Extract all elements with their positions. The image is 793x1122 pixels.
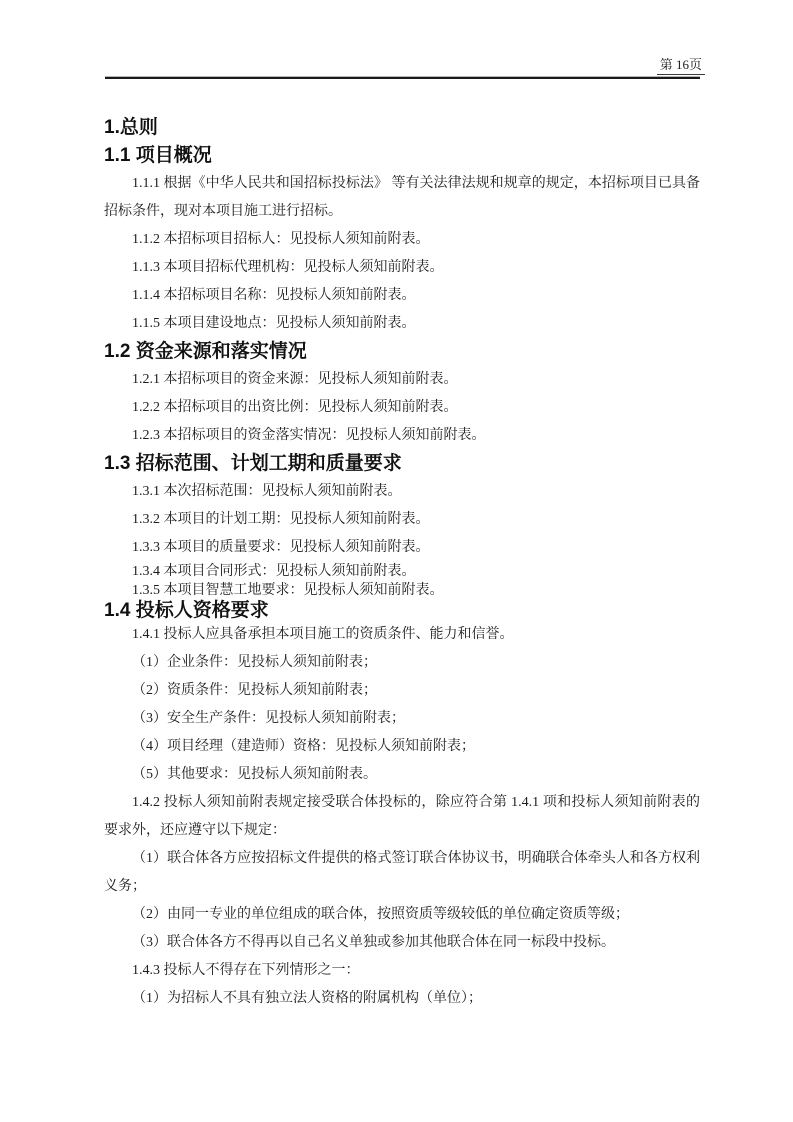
heading-1-3: 1.3 招标范围、计划工期和质量要求: [104, 450, 700, 478]
item-1-4-1-2: （2）资质条件：见投标人须知前附表；: [104, 677, 700, 705]
clause-1-1-4: 1.1.4 本招标项目名称：见投标人须知前附表。: [104, 282, 700, 310]
clause-1-4-1: 1.4.1 投标人应具备承担本项目施工的资质条件、能力和信誉。: [104, 621, 700, 649]
clause-1-1-1: 1.1.1 根据《中华人民共和国招标投标法》 等有关法律法规和规章的规定，本招标…: [104, 170, 700, 226]
heading-1-4: 1.4 投标人资格要求: [104, 600, 700, 621]
item-1-4-1-5: （5）其他要求：见投标人须知前附表。: [104, 761, 700, 789]
clause-1-3-5: 1.3.5 本项目智慧工地要求：见投标人须知前附表。: [104, 581, 700, 600]
header-rule: [105, 77, 700, 79]
clause-1-4-3: 1.4.3 投标人不得存在下列情形之一：: [104, 957, 700, 985]
document-body: 1.总则1.1 项目概况1.1.1 根据《中华人民共和国招标投标法》 等有关法律…: [104, 114, 700, 1013]
document-page: 第 16页 1.总则1.1 项目概况1.1.1 根据《中华人民共和国招标投标法》…: [0, 0, 793, 1122]
clause-1-2-1: 1.2.1 本招标项目的资金来源：见投标人须知前附表。: [104, 366, 700, 394]
heading-1-2: 1.2 资金来源和落实情况: [104, 338, 700, 366]
clause-1-3-3: 1.3.3 本项目的质量要求：见投标人须知前附表。: [104, 534, 700, 562]
clause-1-3-1: 1.3.1 本次招标范围：见投标人须知前附表。: [104, 478, 700, 506]
clause-1-1-5: 1.1.5 本项目建设地点：见投标人须知前附表。: [104, 310, 700, 338]
item-1-4-2-1: （1）联合体各方应按招标文件提供的格式签订联合体协议书，明确联合体牵头人和各方权…: [104, 845, 700, 901]
item-1-4-2-3: （3）联合体各方不得再以自己名义单独或参加其他联合体在同一标段中投标。: [104, 929, 700, 957]
clause-1-1-2: 1.1.2 本招标项目招标人：见投标人须知前附表。: [104, 226, 700, 254]
page-number: 第 16页: [657, 56, 705, 75]
clause-1-1-3: 1.1.3 本项目招标代理机构：见投标人须知前附表。: [104, 254, 700, 282]
item-1-4-2-2: （2）由同一专业的单位组成的联合体，按照资质等级较低的单位确定资质等级；: [104, 901, 700, 929]
item-1-4-1-4: （4）项目经理（建造师）资格：见投标人须知前附表；: [104, 733, 700, 761]
clause-1-2-3: 1.2.3 本招标项目的资金落实情况：见投标人须知前附表。: [104, 422, 700, 450]
clause-1-4-2: 1.4.2 投标人须知前附表规定接受联合体投标的，除应符合第 1.4.1 项和投…: [104, 789, 700, 845]
item-1-4-1-1: （1）企业条件：见投标人须知前附表；: [104, 649, 700, 677]
heading-1-1: 1.1 项目概况: [104, 142, 700, 170]
item-1-4-1-3: （3）安全生产条件：见投标人须知前附表；: [104, 705, 700, 733]
clause-1-3-2: 1.3.2 本项目的计划工期：见投标人须知前附表。: [104, 506, 700, 534]
clause-1-3-4: 1.3.4 本项目合同形式：见投标人须知前附表。: [104, 562, 700, 581]
clause-1-2-2: 1.2.2 本招标项目的出资比例：见投标人须知前附表。: [104, 394, 700, 422]
heading-1: 1.总则: [104, 114, 700, 142]
item-1-4-3-1: （1）为招标人不具有独立法人资格的附属机构（单位）；: [104, 985, 700, 1013]
